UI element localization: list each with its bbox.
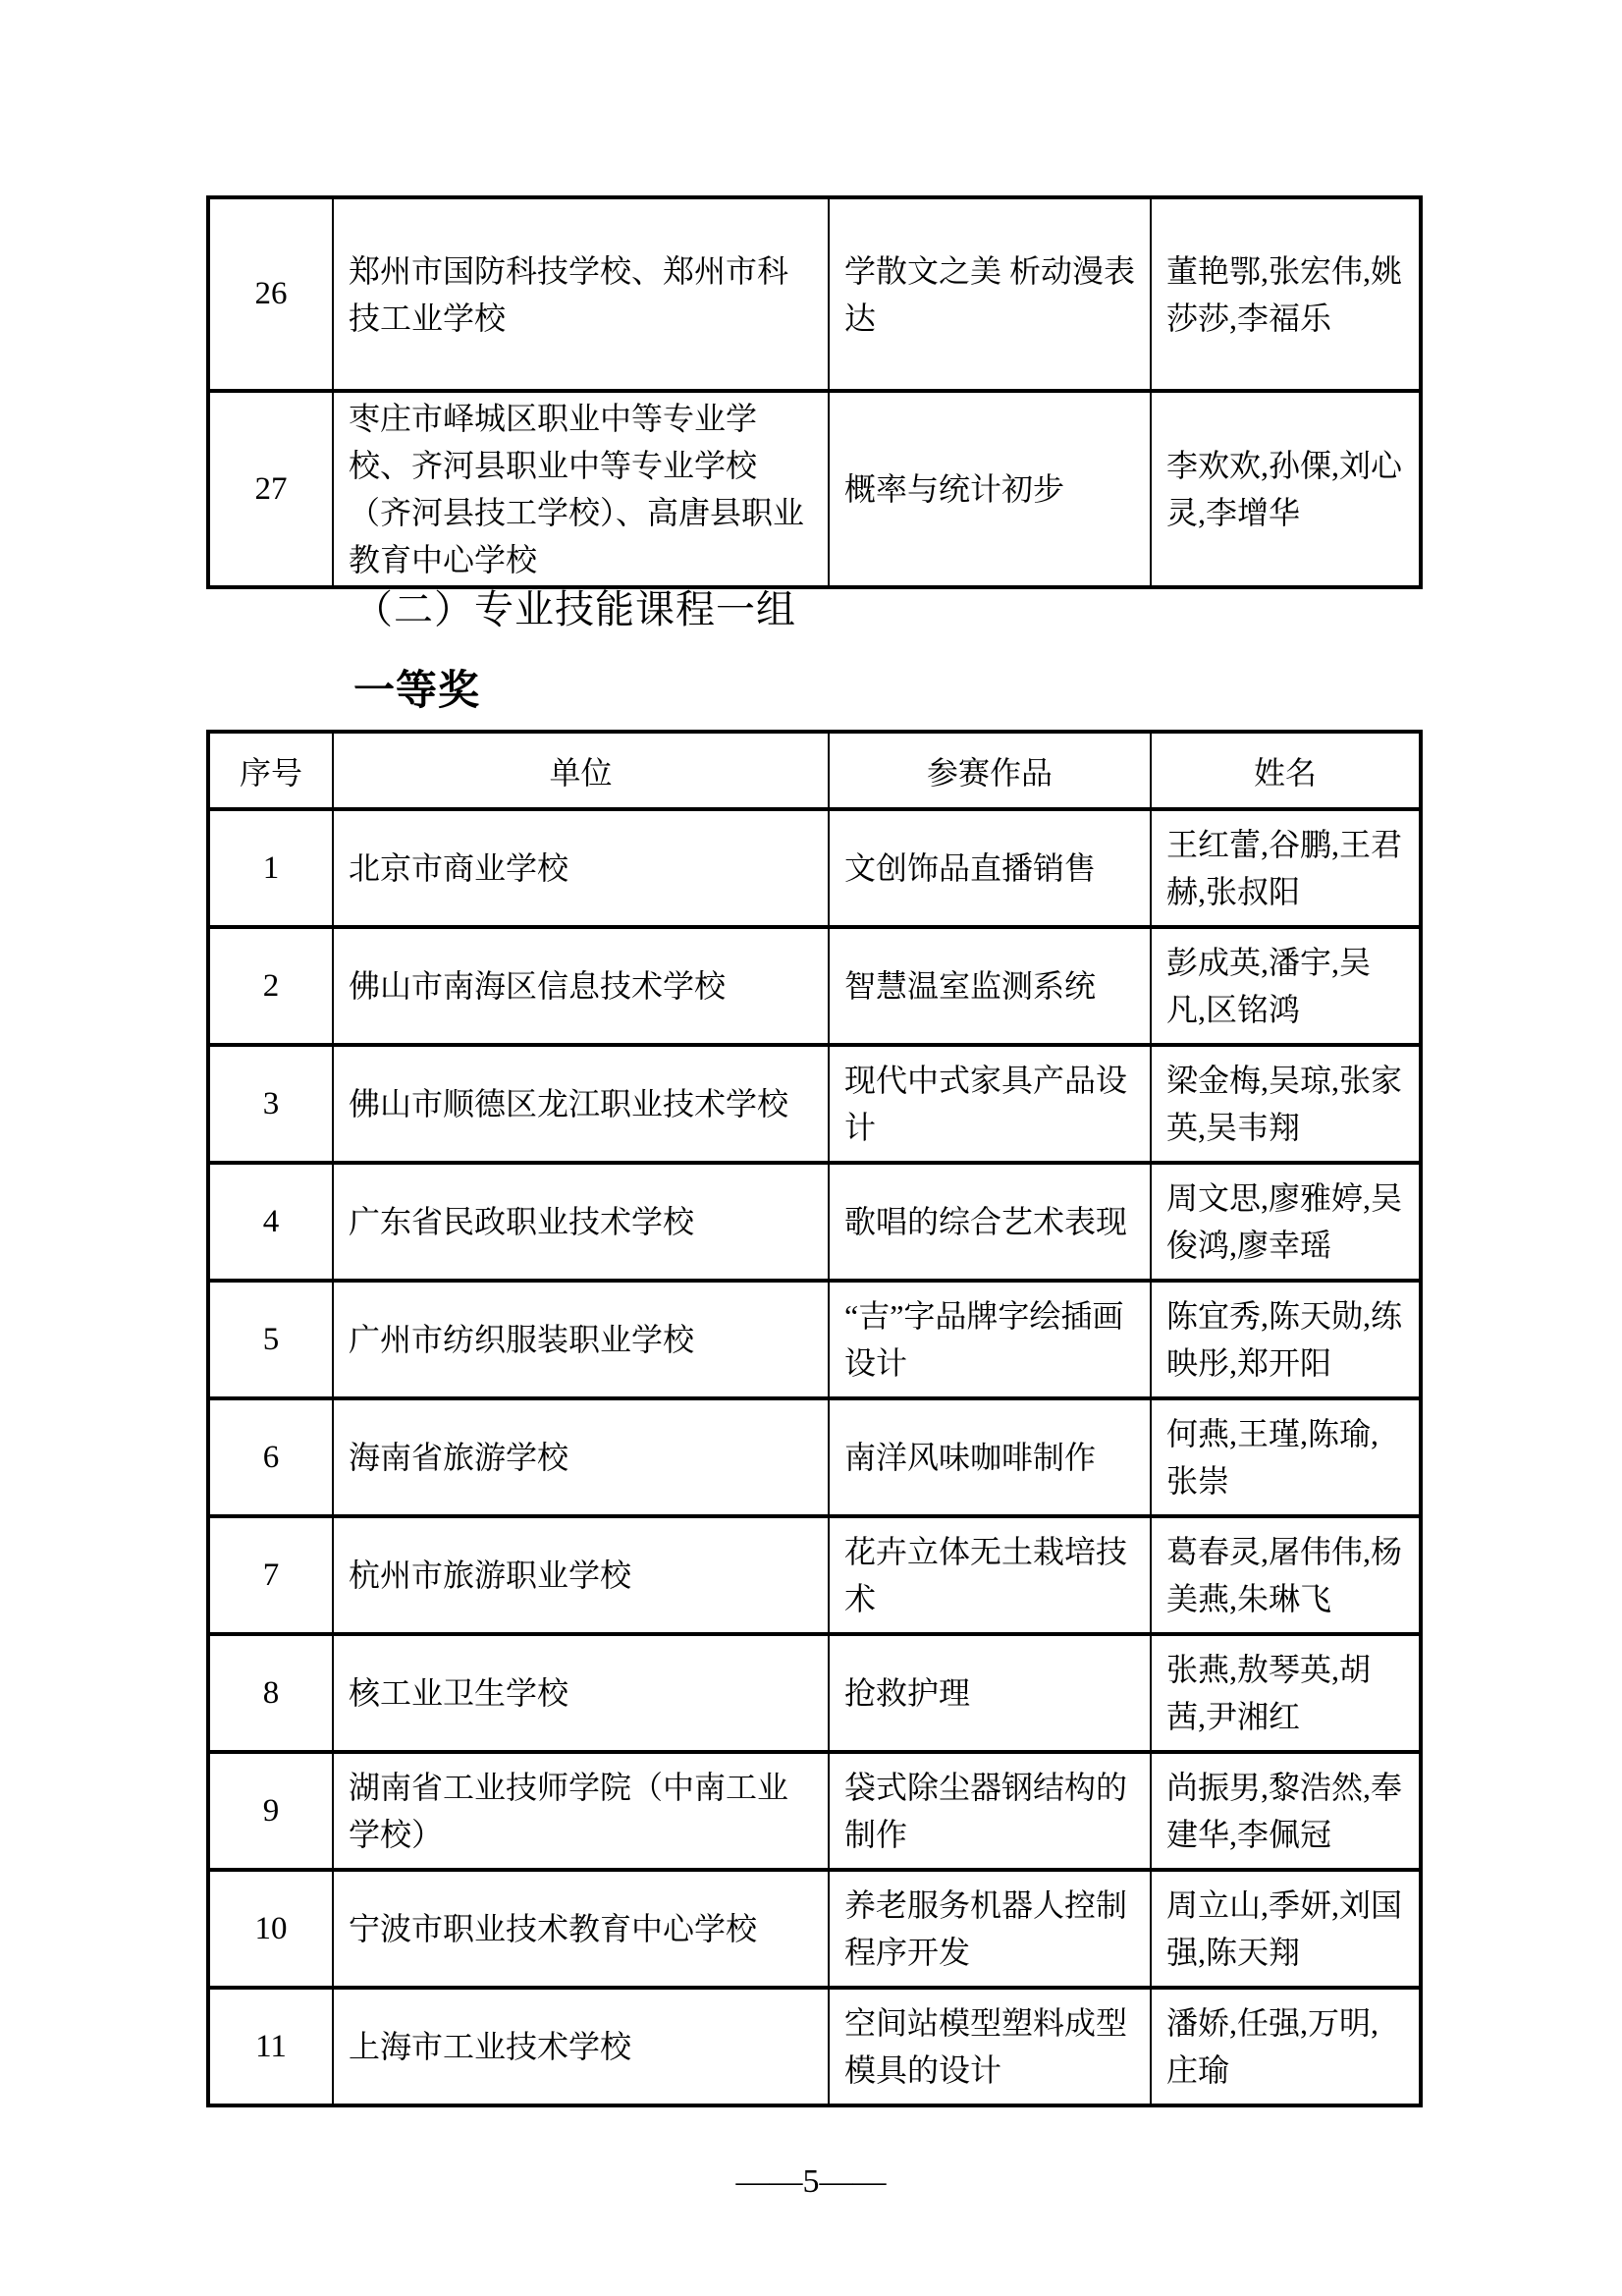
entry-work-cell: 空间站模型塑料成型模具的设计 bbox=[829, 1988, 1151, 2105]
row-number-cell: 5 bbox=[208, 1281, 333, 1398]
row-number-cell: 11 bbox=[208, 1988, 333, 2105]
table-row: 6 海南省旅游学校 南洋风味咖啡制作 何燕,王瑾,陈瑜,张崇 bbox=[208, 1398, 1421, 1516]
entry-work-cell: 学散文之美 析动漫表达 bbox=[829, 197, 1151, 391]
award-level-heading: 一等奖 bbox=[353, 668, 480, 713]
entry-work-cell: 智慧温室监测系统 bbox=[829, 927, 1151, 1045]
table-row: 7 杭州市旅游职业学校 花卉立体无土栽培技术 葛春灵,屠伟伟,杨美燕,朱琳飞 bbox=[208, 1516, 1421, 1634]
names-cell: 梁金梅,吴琼,张家英,吴韦翔 bbox=[1151, 1045, 1421, 1163]
names-cell: 李欢欢,孙傈,刘心灵,李增华 bbox=[1151, 391, 1421, 587]
entry-work-cell: 花卉立体无土栽培技术 bbox=[829, 1516, 1151, 1634]
names-cell: 葛春灵,屠伟伟,杨美燕,朱琳飞 bbox=[1151, 1516, 1421, 1634]
entry-work-cell: 抢救护理 bbox=[829, 1634, 1151, 1752]
row-number-cell: 8 bbox=[208, 1634, 333, 1752]
names-cell: 彭成英,潘宇,吴凡,区铭鸿 bbox=[1151, 927, 1421, 1045]
entry-work-cell: 现代中式家具产品设计 bbox=[829, 1045, 1151, 1163]
col-header-names: 姓名 bbox=[1151, 732, 1421, 809]
table-row: 9 湖南省工业技师学院（中南工业学校） 袋式除尘器钢结构的制作 尚振男,黎浩然,… bbox=[208, 1752, 1421, 1870]
table-row: 5 广州市纺织服装职业学校 “吉”字品牌字绘插画设计 陈宜秀,陈天勋,练映彤,郑… bbox=[208, 1281, 1421, 1398]
row-number-cell: 3 bbox=[208, 1045, 333, 1163]
continuation-table: 26 郑州市国防科技学校、郑州市科技工业学校 学散文之美 析动漫表达 董艳鄂,张… bbox=[206, 195, 1423, 589]
unit-cell: 杭州市旅游职业学校 bbox=[333, 1516, 829, 1634]
names-cell: 周立山,季妍,刘国强,陈天翔 bbox=[1151, 1870, 1421, 1988]
table-row: 2 佛山市南海区信息技术学校 智慧温室监测系统 彭成英,潘宇,吴凡,区铭鸿 bbox=[208, 927, 1421, 1045]
unit-cell: 郑州市国防科技学校、郑州市科技工业学校 bbox=[333, 197, 829, 391]
row-number-cell: 1 bbox=[208, 809, 333, 927]
names-cell: 潘娇,任强,万明,庄瑜 bbox=[1151, 1988, 1421, 2105]
unit-cell: 湖南省工业技师学院（中南工业学校） bbox=[333, 1752, 829, 1870]
table-row: 27 枣庄市峄城区职业中等专业学校、齐河县职业中等专业学校（齐河县技工学校）、高… bbox=[208, 391, 1421, 587]
page-number: ——5—— bbox=[0, 2160, 1622, 2204]
col-header-unit: 单位 bbox=[333, 732, 829, 809]
row-number-cell: 2 bbox=[208, 927, 333, 1045]
names-cell: 周文思,廖雅婷,吴俊鸿,廖幸瑶 bbox=[1151, 1163, 1421, 1281]
col-header-no: 序号 bbox=[208, 732, 333, 809]
unit-cell: 佛山市南海区信息技术学校 bbox=[333, 927, 829, 1045]
entry-work-cell: 袋式除尘器钢结构的制作 bbox=[829, 1752, 1151, 1870]
award-table: 序号 单位 参赛作品 姓名 1 北京市商业学校 文创饰品直播销售 王红蕾,谷鹏,… bbox=[206, 730, 1423, 2107]
unit-cell: 枣庄市峄城区职业中等专业学校、齐河县职业中等专业学校（齐河县技工学校）、高唐县职… bbox=[333, 391, 829, 587]
names-cell: 王红蕾,谷鹏,王君赫,张叔阳 bbox=[1151, 809, 1421, 927]
unit-cell: 广东省民政职业技术学校 bbox=[333, 1163, 829, 1281]
entry-work-cell: 南洋风味咖啡制作 bbox=[829, 1398, 1151, 1516]
entry-work-cell: 养老服务机器人控制程序开发 bbox=[829, 1870, 1151, 1988]
names-cell: 尚振男,黎浩然,奉建华,李佩冠 bbox=[1151, 1752, 1421, 1870]
unit-cell: 上海市工业技术学校 bbox=[333, 1988, 829, 2105]
row-number-cell: 6 bbox=[208, 1398, 333, 1516]
document-page: 26 郑州市国防科技学校、郑州市科技工业学校 学散文之美 析动漫表达 董艳鄂,张… bbox=[0, 0, 1622, 2296]
names-cell: 何燕,王瑾,陈瑜,张崇 bbox=[1151, 1398, 1421, 1516]
row-number-cell: 4 bbox=[208, 1163, 333, 1281]
row-number-cell: 10 bbox=[208, 1870, 333, 1988]
unit-cell: 核工业卫生学校 bbox=[333, 1634, 829, 1752]
names-cell: 陈宜秀,陈天勋,练映彤,郑开阳 bbox=[1151, 1281, 1421, 1398]
header-row: 序号 单位 参赛作品 姓名 bbox=[208, 732, 1421, 809]
unit-cell: 佛山市顺德区龙江职业技术学校 bbox=[333, 1045, 829, 1163]
row-number-cell: 27 bbox=[208, 391, 333, 587]
entry-work-cell: 概率与统计初步 bbox=[829, 391, 1151, 587]
table-row: 8 核工业卫生学校 抢救护理 张燕,敖琴英,胡茜,尹湘红 bbox=[208, 1634, 1421, 1752]
names-cell: 张燕,敖琴英,胡茜,尹湘红 bbox=[1151, 1634, 1421, 1752]
entry-work-cell: “吉”字品牌字绘插画设计 bbox=[829, 1281, 1151, 1398]
col-header-work: 参赛作品 bbox=[829, 732, 1151, 809]
table-row: 26 郑州市国防科技学校、郑州市科技工业学校 学散文之美 析动漫表达 董艳鄂,张… bbox=[208, 197, 1421, 391]
row-number-cell: 26 bbox=[208, 197, 333, 391]
table-row: 10 宁波市职业技术教育中心学校 养老服务机器人控制程序开发 周立山,季妍,刘国… bbox=[208, 1870, 1421, 1988]
table-row: 3 佛山市顺德区龙江职业技术学校 现代中式家具产品设计 梁金梅,吴琼,张家英,吴… bbox=[208, 1045, 1421, 1163]
unit-cell: 北京市商业学校 bbox=[333, 809, 829, 927]
table-row: 11 上海市工业技术学校 空间站模型塑料成型模具的设计 潘娇,任强,万明,庄瑜 bbox=[208, 1988, 1421, 2105]
section-heading: （二）专业技能课程一组 bbox=[353, 587, 796, 632]
unit-cell: 宁波市职业技术教育中心学校 bbox=[333, 1870, 829, 1988]
entry-work-cell: 歌唱的综合艺术表现 bbox=[829, 1163, 1151, 1281]
table-row: 1 北京市商业学校 文创饰品直播销售 王红蕾,谷鹏,王君赫,张叔阳 bbox=[208, 809, 1421, 927]
unit-cell: 海南省旅游学校 bbox=[333, 1398, 829, 1516]
row-number-cell: 7 bbox=[208, 1516, 333, 1634]
names-cell: 董艳鄂,张宏伟,姚莎莎,李福乐 bbox=[1151, 197, 1421, 391]
row-number-cell: 9 bbox=[208, 1752, 333, 1870]
entry-work-cell: 文创饰品直播销售 bbox=[829, 809, 1151, 927]
unit-cell: 广州市纺织服装职业学校 bbox=[333, 1281, 829, 1398]
table-row: 4 广东省民政职业技术学校 歌唱的综合艺术表现 周文思,廖雅婷,吴俊鸿,廖幸瑶 bbox=[208, 1163, 1421, 1281]
